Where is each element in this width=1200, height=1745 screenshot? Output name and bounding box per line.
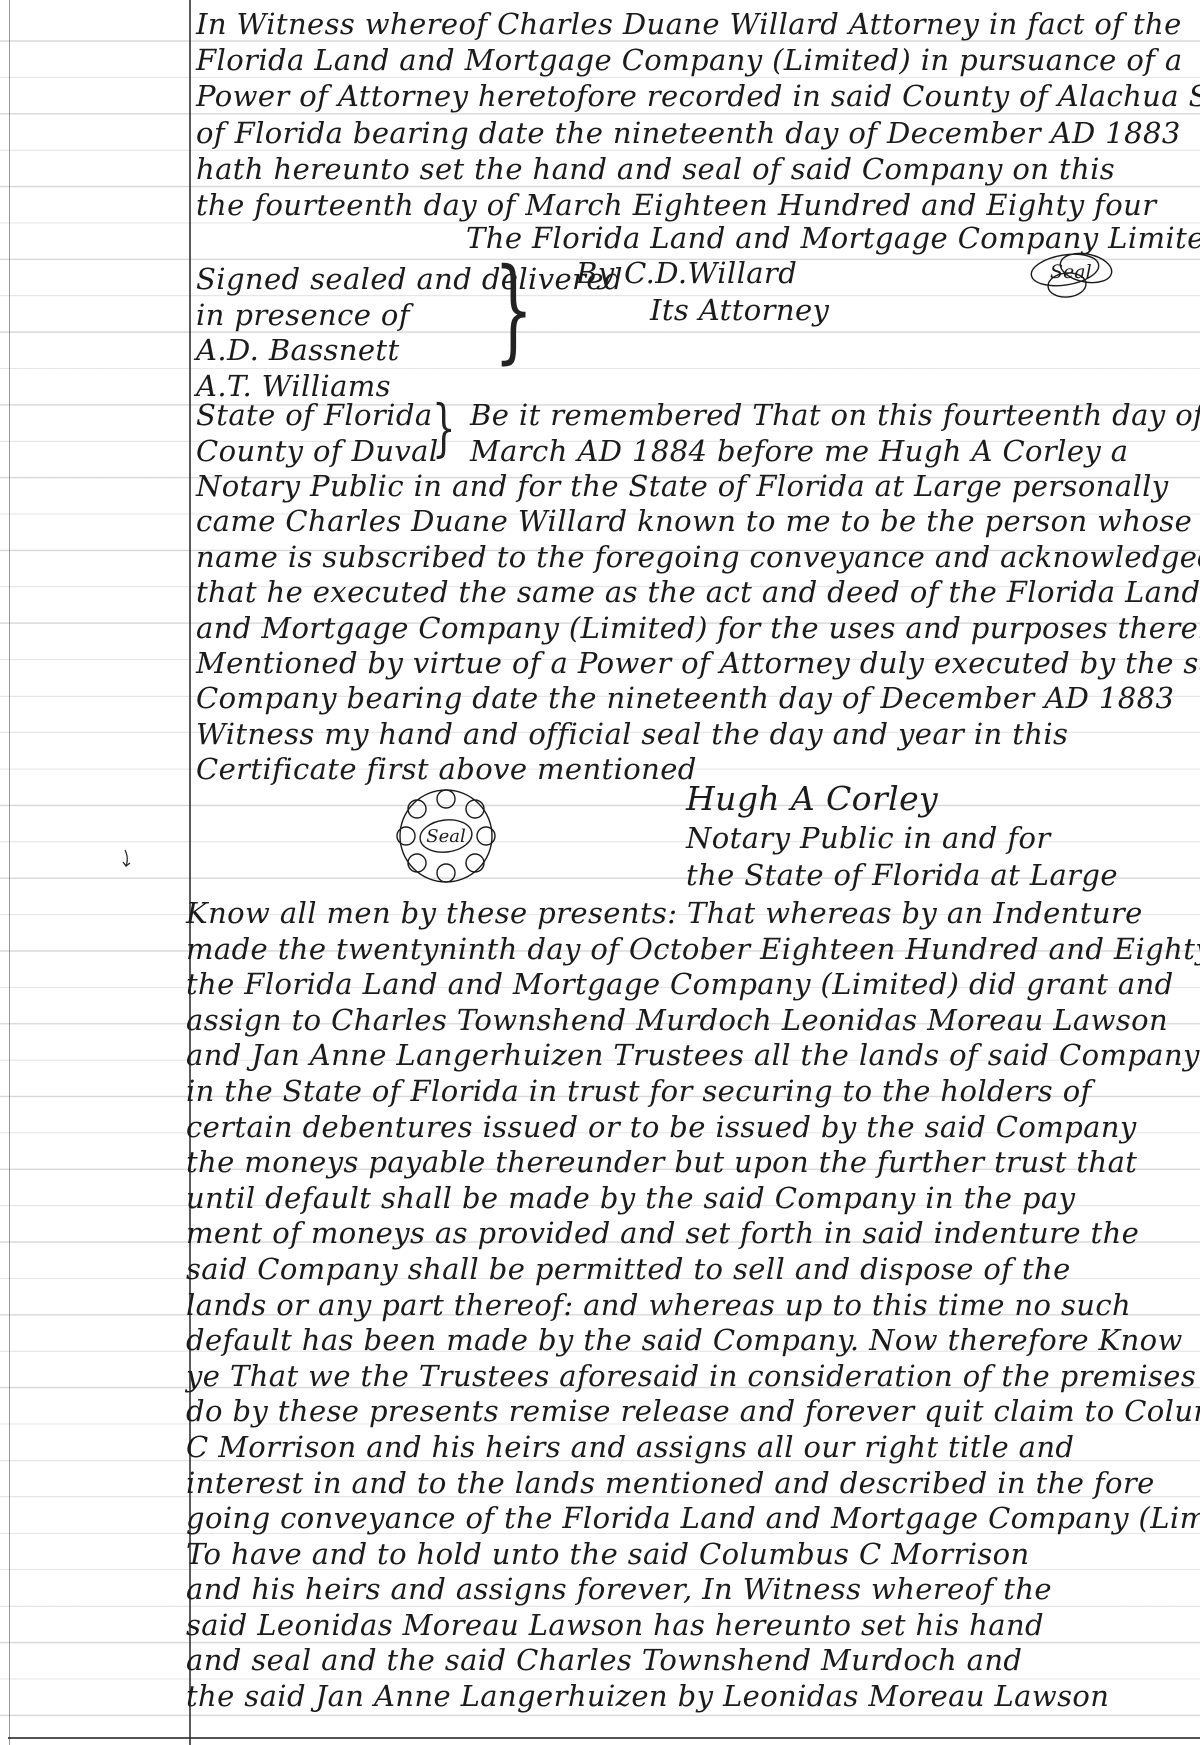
handwritten-line: March AD 1884 before me Hugh A Corley a xyxy=(470,433,1200,469)
handwritten-line: Power of Attorney heretofore recorded in… xyxy=(196,78,1200,114)
handwritten-line: Mentioned by virtue of a Power of Attorn… xyxy=(196,646,1200,681)
notary-title-line: Notary Public in and for xyxy=(686,820,1118,857)
witness-signature: A.D. Bassnett xyxy=(196,333,623,369)
handwritten-line: came Charles Duane Willard known to me t… xyxy=(196,504,1200,539)
handwritten-line: In Witness whereof Charles Duane Willard… xyxy=(196,6,1200,42)
curly-brace: } xyxy=(432,386,456,470)
handwritten-line: the said Jan Anne Langerhuizen by Leonid… xyxy=(186,1679,1200,1715)
handwritten-line: and seal and the said Charles Townshend … xyxy=(186,1643,1200,1679)
handwritten-line: C Morrison and his heirs and assigns all… xyxy=(186,1430,1200,1466)
handwritten-line: in presence of xyxy=(196,298,623,334)
handwritten-line: certain debentures issued or to be issue… xyxy=(186,1110,1200,1146)
handwritten-line: and his heirs and assigns forever, In Wi… xyxy=(186,1572,1200,1608)
notary-signature-block: Hugh A Corley Notary Public in and for t… xyxy=(686,778,1118,894)
handwritten-line: Signed sealed and delivered xyxy=(196,262,623,298)
handwritten-line: the moneys payable thereunder but upon t… xyxy=(186,1145,1200,1181)
handwritten-line: Notary Public in and for the State of Fl… xyxy=(196,469,1200,504)
handwritten-line: said Company shall be permitted to sell … xyxy=(186,1252,1200,1288)
handwritten-line: assign to Charles Townshend Murdoch Leon… xyxy=(186,1003,1200,1039)
page-left-edge-line xyxy=(9,0,10,1745)
handwritten-line: and Jan Anne Langerhuizen Trustees all t… xyxy=(186,1038,1200,1074)
quitclaim-paragraph: Know all men by these presents: That whe… xyxy=(186,896,1200,1715)
handwritten-line: ye That we the Trustees aforesaid in con… xyxy=(186,1359,1200,1395)
handwritten-line: of Florida bearing date the nineteenth d… xyxy=(196,115,1200,151)
notary-seal-icon: Seal xyxy=(386,780,506,892)
handwritten-line: said Leonidas Moreau Lawson has hereunto… xyxy=(186,1608,1200,1644)
handwritten-line: To have and to hold unto the said Columb… xyxy=(186,1537,1200,1573)
handwritten-line: name is subscribed to the foregoing conv… xyxy=(196,540,1200,575)
notary-acknowledgment-paragraph: Notary Public in and for the State of Fl… xyxy=(196,469,1200,788)
handwritten-line: ment of moneys as provided and set forth… xyxy=(186,1216,1200,1252)
handwritten-line: going conveyance of the Florida Land and… xyxy=(186,1501,1200,1537)
handwritten-line: the fourteenth day of March Eighteen Hun… xyxy=(196,187,1200,223)
handwritten-line: hath hereunto set the hand and seal of s… xyxy=(196,151,1200,187)
margin-tick-mark xyxy=(118,848,132,874)
venue-state-line: State of Florida xyxy=(196,397,439,433)
handwritten-line: in the State of Florida in trust for sec… xyxy=(186,1074,1200,1110)
handwritten-line: until default shall be made by the said … xyxy=(186,1181,1200,1217)
handwritten-line: do by these presents remise release and … xyxy=(186,1394,1200,1430)
handwritten-line: default has been made by the said Compan… xyxy=(186,1323,1200,1359)
witness-block: Signed sealed and delivered in presence … xyxy=(196,262,623,404)
handwritten-line: the Florida Land and Mortgage Company (L… xyxy=(186,967,1200,1003)
handwritten-line: Florida Land and Mortgage Company (Limit… xyxy=(196,42,1200,78)
handwritten-line: and Mortgage Company (Limited) for the u… xyxy=(196,611,1200,646)
deed-record-page: In Witness whereof Charles Duane Willard… xyxy=(0,0,1200,1745)
handwritten-line: Witness my hand and official seal the da… xyxy=(196,717,1200,752)
company-seal-icon: Seal xyxy=(1023,246,1119,304)
handwritten-line: that he executed the same as the act and… xyxy=(196,575,1200,610)
page-bottom-edge-line xyxy=(8,1737,1200,1739)
notary-seal-label: Seal xyxy=(426,826,466,847)
notary-signature-name: Hugh A Corley xyxy=(686,778,1118,820)
handwritten-line: Company bearing date the nineteenth day … xyxy=(196,681,1200,716)
venue-county-line: County of Duval xyxy=(196,433,439,469)
handwritten-line: interest in and to the lands mentioned a… xyxy=(186,1466,1200,1502)
curly-brace: } xyxy=(494,234,533,386)
notary-opening-block: Be it remembered That on this fourteenth… xyxy=(470,397,1200,469)
notary-title-line: the State of Florida at Large xyxy=(686,857,1118,894)
company-seal-label: Seal xyxy=(1050,261,1092,283)
handwritten-line: Know all men by these presents: That whe… xyxy=(186,896,1200,932)
attestation-paragraph: In Witness whereof Charles Duane Willard… xyxy=(196,6,1200,223)
signer-title-line: Its Attorney xyxy=(650,293,829,327)
handwritten-line: made the twentyninth day of October Eigh… xyxy=(186,932,1200,968)
handwritten-line: lands or any part thereof: and whereas u… xyxy=(186,1288,1200,1324)
handwritten-line: Be it remembered That on this fourteenth… xyxy=(470,397,1200,433)
notary-venue-block: State of Florida County of Duval xyxy=(196,397,439,469)
